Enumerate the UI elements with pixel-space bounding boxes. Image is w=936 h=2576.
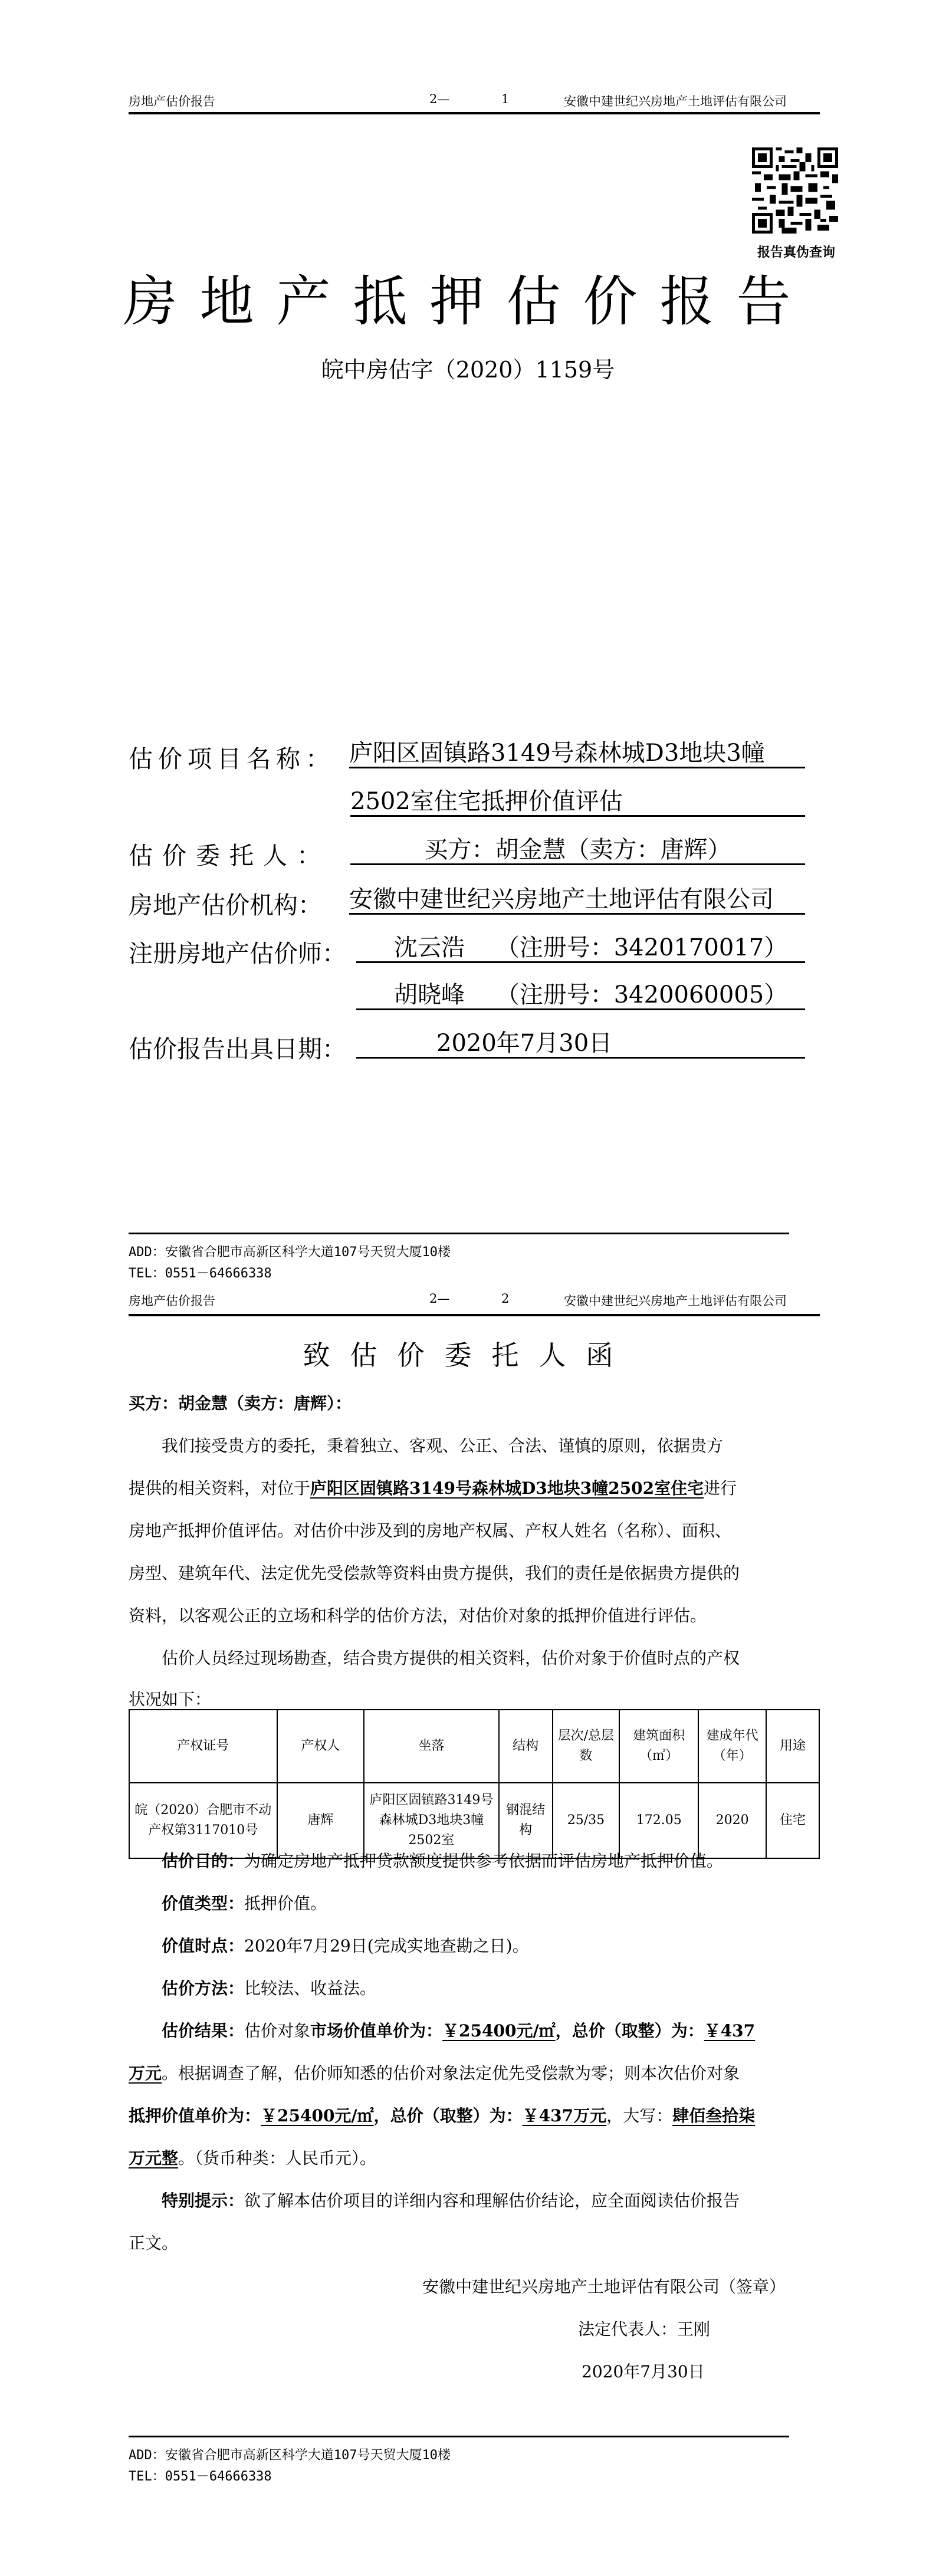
purpose-value: 为确定房地产抵押贷款额度提供参考依据而评估房地产抵押价值。 (244, 1851, 723, 1871)
signature-company: 安徽中建世纪兴房地产土地评估有限公司（签章） (422, 2274, 786, 2298)
value-type-value: 抵押价值。 (244, 1894, 327, 1913)
para1-line3: 房地产抵押价值评估。对估价中涉及到的房地产权属、产权人姓名（名称）、面积、 (129, 1518, 820, 1542)
table-header-cell: 建筑面积（㎡） (619, 1710, 698, 1783)
page2-footer-address: ADD：安徽省合肥市高新区科学大道107号天贸大厦10楼 (129, 2445, 451, 2463)
value-date-value: 2020年7月29日(完成实地查勘之日)。 (244, 1936, 529, 1956)
purpose-line: 估价目的：为确定房地产抵押贷款额度提供参考依据而评估房地产抵押价值。 (129, 1848, 853, 1872)
mortgage-unit-price: ￥25400元/㎡ (261, 2106, 374, 2125)
result-text: 市场价值单价为： (310, 2021, 442, 2041)
result-line2: 万元。根据调查了解，估价师知悉的估价对象法定优先受偿款为零；则本次估价对象 (129, 2061, 820, 2084)
currency-note: 。（货币种类：人民币元）。 (178, 2148, 376, 2168)
appraiser-label: 注册房地产估价师： (129, 934, 346, 969)
appraiser-reg-number: （注册号：3420170017） (496, 934, 788, 961)
notice-label: 特别提示： (162, 2191, 244, 2210)
signature-date: 2020年7月30日 (582, 2359, 705, 2383)
mortgage-total-capital-suffix: 万元整 (129, 2148, 178, 2168)
method-value: 比较法、收益法。 (244, 1979, 376, 1998)
purpose-label: 估价目的： (162, 1851, 244, 1871)
notice-text: 欲了解本估价项目的详细内容和理解估价结论，应全面阅读估价报告 (244, 2191, 740, 2210)
para2-line1: 估价人员经过现场勘查，结合贵方提供的相关资料，估价对象于价值时点的产权 (129, 1645, 820, 1669)
page1-header-page-prefix: 2— (429, 92, 449, 106)
table-cell: 25/35 (553, 1783, 620, 1858)
salutation: 买方：胡金慧（卖方：唐辉）： (129, 1391, 820, 1414)
table-header-cell: 用途 (766, 1710, 819, 1783)
page2-header-page-number: 2 (501, 1292, 509, 1306)
client-label: 估价委托人： (129, 836, 330, 871)
mortgage-total-price: ￥437万元 (523, 2106, 606, 2125)
para2-line2: 状况如下： (129, 1687, 820, 1710)
table-header-cell: 建成年代（年） (698, 1710, 766, 1783)
market-total-unit: 万元 (129, 2064, 162, 2083)
method-label: 估价方法： (162, 1979, 244, 1998)
mortgage-total-capital: 肆佰叁拾柒 (672, 2106, 755, 2125)
page1-footer-phone: TEL：0551－64666338 (129, 1263, 272, 1282)
result-text: ，大写： (606, 2106, 672, 2125)
page1-header-left: 房地产估价报告 (129, 92, 215, 110)
para1-line1: 我们接受贵方的委托，秉着独立、客观、公正、合法、谨慎的原则，依据贵方 (129, 1433, 820, 1457)
table-header-cell: 坐落 (364, 1710, 498, 1783)
para1-line2-prefix: 提供的相关资料，对位于 (129, 1478, 310, 1498)
page1-header-right: 安徽中建世纪兴房地产土地评估有限公司 (564, 92, 787, 110)
appraiser-name: 沈云浩 (394, 934, 465, 961)
page2-header-page-prefix: 2— (429, 1292, 449, 1306)
market-unit-price: ￥25400元/㎡ (442, 2021, 556, 2041)
page2-header-right: 安徽中建世纪兴房地产土地评估有限公司 (564, 1292, 787, 1309)
result-text: ，总价（取整）为： (374, 2106, 523, 2125)
page1-header-divider (129, 112, 820, 114)
agency-label: 房地产估价机构： (129, 886, 322, 921)
property-table: 产权证号 产权人 坐落 结构 层次/总层数 建筑面积（㎡） 建成年代（年） 用途… (129, 1709, 820, 1859)
page2-footer-phone: TEL：0551－64666338 (129, 2466, 272, 2485)
report-date-text: 2020年7月30日 (436, 1030, 612, 1057)
project-name-line1: 庐阳区固镇路3149号森林城D3地块3幢 (349, 740, 805, 768)
page2-header-divider (129, 1314, 820, 1316)
table-header-cell: 结构 (499, 1710, 553, 1783)
table-cell: 2020 (698, 1783, 766, 1858)
client-value: 买方：胡金慧（卖方：唐辉） (350, 836, 805, 865)
table-header-cell: 产权人 (277, 1710, 364, 1783)
report-date-label: 估价报告出具日期： (129, 1030, 346, 1064)
page1-header-page-number: 1 (501, 92, 509, 106)
method-line: 估价方法：比较法、收益法。 (129, 1976, 853, 1999)
document-number: 皖中房估字（2020）1159号 (0, 351, 936, 384)
notice-line2: 正文。 (129, 2230, 820, 2254)
page2-footer-divider (129, 2436, 789, 2437)
notice-line1: 特别提示：欲了解本估价项目的详细内容和理解估价结论，应全面阅读估价报告 (129, 2188, 853, 2212)
value-date-label: 价值时点： (162, 1936, 244, 1956)
result-line1: 估价结果：估价对象市场价值单价为：￥25400元/㎡，总价（取整）为：￥437 (129, 2018, 853, 2042)
table-cell: 钢混结构 (499, 1783, 553, 1858)
table-cell: 住宅 (766, 1783, 819, 1858)
result-line4: 万元整。（货币种类：人民币元）。 (129, 2145, 820, 2169)
letter-title: 致估价委托人函 (0, 1334, 936, 1373)
para1-line2-suffix: 进行 (704, 1478, 737, 1498)
table-header-cell: 层次/总层数 (553, 1710, 620, 1783)
market-total-price: ￥437 (704, 2021, 755, 2041)
result-text: 。根据调查了解，估价师知悉的估价对象法定优先受偿款为零；则本次估价对象 (162, 2064, 740, 2083)
appraiser-name: 胡晓峰 (394, 981, 465, 1008)
page1-footer-divider (129, 1233, 789, 1234)
page1-footer-address: ADD：安徽省合肥市高新区科学大道107号天贸大厦10楼 (129, 1242, 451, 1260)
table-header-cell: 产权证号 (129, 1710, 277, 1783)
qr-code-icon[interactable] (752, 147, 838, 234)
result-label: 估价结果： (162, 2021, 244, 2041)
table-cell: 172.05 (619, 1783, 698, 1858)
para1-line5: 资料，以客观公正的立场和科学的估价方法，对估价对象的抵押价值进行评估。 (129, 1603, 820, 1627)
result-text: 估价对象 (244, 2021, 310, 2041)
report-date-value: 2020年7月30日 (356, 1030, 805, 1059)
project-name-label: 估价项目名称： (129, 740, 335, 774)
value-type-line: 价值类型：抵押价值。 (129, 1891, 853, 1914)
table-row: 皖（2020）合肥市不动产权第3117010号 唐辉 庐阳区固镇路3149号森林… (129, 1783, 819, 1858)
appraiser-row-1: 沈云浩 （注册号：3420170017） (356, 934, 805, 963)
table-cell: 皖（2020）合肥市不动产权第3117010号 (129, 1783, 277, 1858)
appraiser-row-2: 胡晓峰 （注册号：3420060005） (356, 981, 805, 1010)
table-cell: 唐辉 (277, 1783, 364, 1858)
para1-line4: 房型、建筑年代、法定优先受偿款等资料由贵方提供，我们的责任是依据贵方提供的 (129, 1560, 820, 1584)
property-address: 庐阳区固镇路3149号森林城D3地块3幢2502室住宅 (310, 1478, 704, 1498)
result-text: 抵押价值单价为： (129, 2106, 261, 2125)
value-type-label: 价值类型： (162, 1894, 244, 1913)
appraiser-reg-number: （注册号：3420060005） (496, 981, 788, 1008)
table-cell: 庐阳区固镇路3149号森林城D3地块3幢2502室 (364, 1783, 498, 1858)
para1-line2: 提供的相关资料，对位于庐阳区固镇路3149号森林城D3地块3幢2502室住宅进行 (129, 1476, 820, 1499)
result-line3: 抵押价值单价为：￥25400元/㎡，总价（取整）为：￥437万元，大写：肆佰叁拾… (129, 2103, 820, 2127)
agency-value: 安徽中建世纪兴房地产土地评估有限公司 (349, 886, 805, 915)
report-title: 房地产抵押估价报告 (0, 258, 936, 336)
project-name-line2: 2502室住宅抵押价值评估 (350, 788, 805, 817)
value-date-line: 价值时点：2020年7月29日(完成实地查勘之日)。 (129, 1933, 853, 1957)
signature-legal-rep: 法定代表人：王刚 (578, 2317, 710, 2340)
result-text: ，总价（取整）为： (556, 2021, 704, 2041)
page2-header-left: 房地产估价报告 (129, 1292, 215, 1309)
table-header-row: 产权证号 产权人 坐落 结构 层次/总层数 建筑面积（㎡） 建成年代（年） 用途 (129, 1710, 819, 1783)
